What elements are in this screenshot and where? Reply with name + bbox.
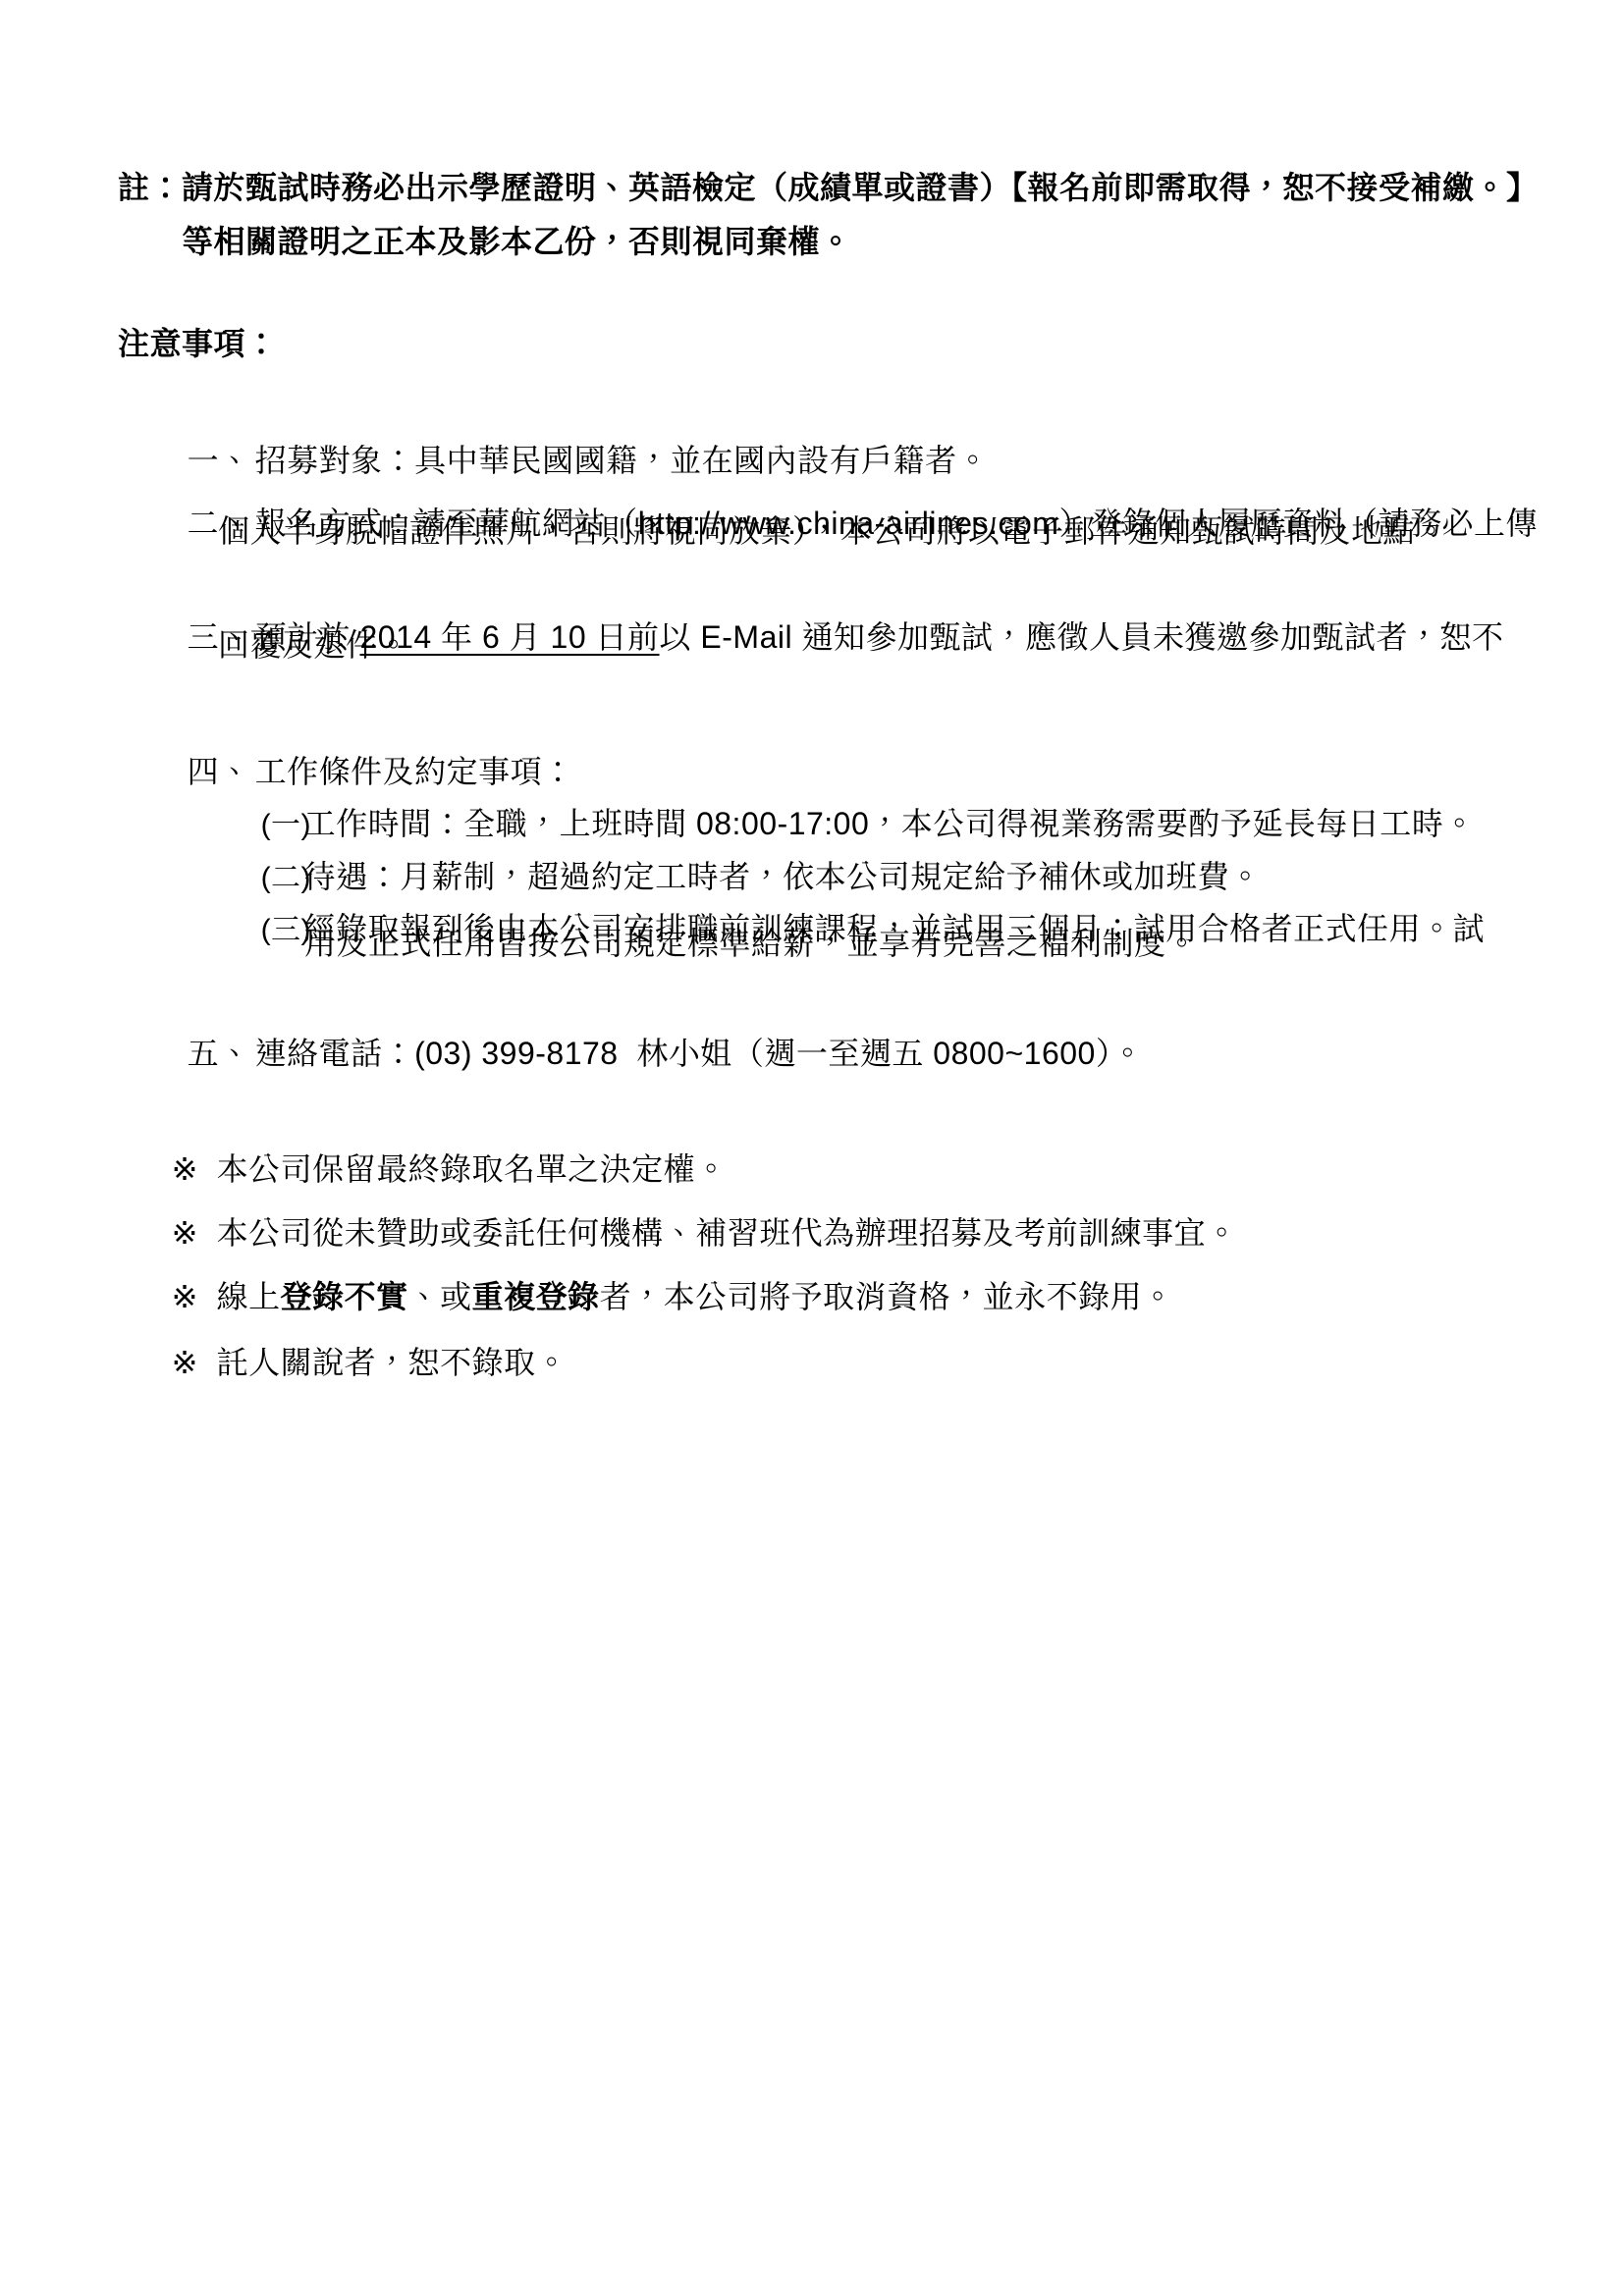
subitem-3-number: (三) (261, 912, 304, 949)
item-2-text-line-2: 個人半身脫帽證件照片，否則將視同放棄），本公司將以電子郵件通知甄試時間及地點。 (218, 512, 1447, 550)
notice-heading: 注意事項： (118, 325, 278, 362)
note-line-1: 註：請於甄試時務必出示學歷證明、英語檢定（成績單或證書）【報名前即需取得，恕不接… (118, 169, 1539, 206)
item-3-text-post: 以 E-Mail 通知參加甄試，應徵人員未獲邀參加甄試者，恕不 (660, 619, 1504, 655)
remark-4-row: ※託人關說者，恕不錄取。 (135, 1307, 568, 1418)
item-3-text-line-2: 回覆及退件。 (218, 626, 409, 664)
remark-3-text-seg-3: 者，本公司將予取消資格，並永不錄用。 (600, 1279, 1174, 1314)
item-5-number: 五、 (188, 1035, 255, 1072)
remark-4-marker-icon: ※ (172, 1344, 217, 1381)
subitem-3-text-line-2: 用及正式任用皆按公司規定標準給薪，並享有完善之福利制度。 (304, 925, 1198, 962)
document-page: 註：請於甄試時務必出示學歷證明、英語檢定（成績單或證書）【報名前即需取得，恕不接… (0, 0, 1624, 2296)
note-line-2: 等相關證明之正本及影本乙份，否則視同棄權。 (182, 223, 852, 260)
remark-4-text: 託人關說者，恕不錄取。 (217, 1345, 568, 1380)
item-5-row: 五、連絡電話：(03) 399-8178 林小姐（週一至週五 0800~1600… (150, 997, 1144, 1109)
item-5-text: 連絡電話：(03) 399-8178 林小姐（週一至週五 0800~1600）。 (255, 1036, 1144, 1071)
